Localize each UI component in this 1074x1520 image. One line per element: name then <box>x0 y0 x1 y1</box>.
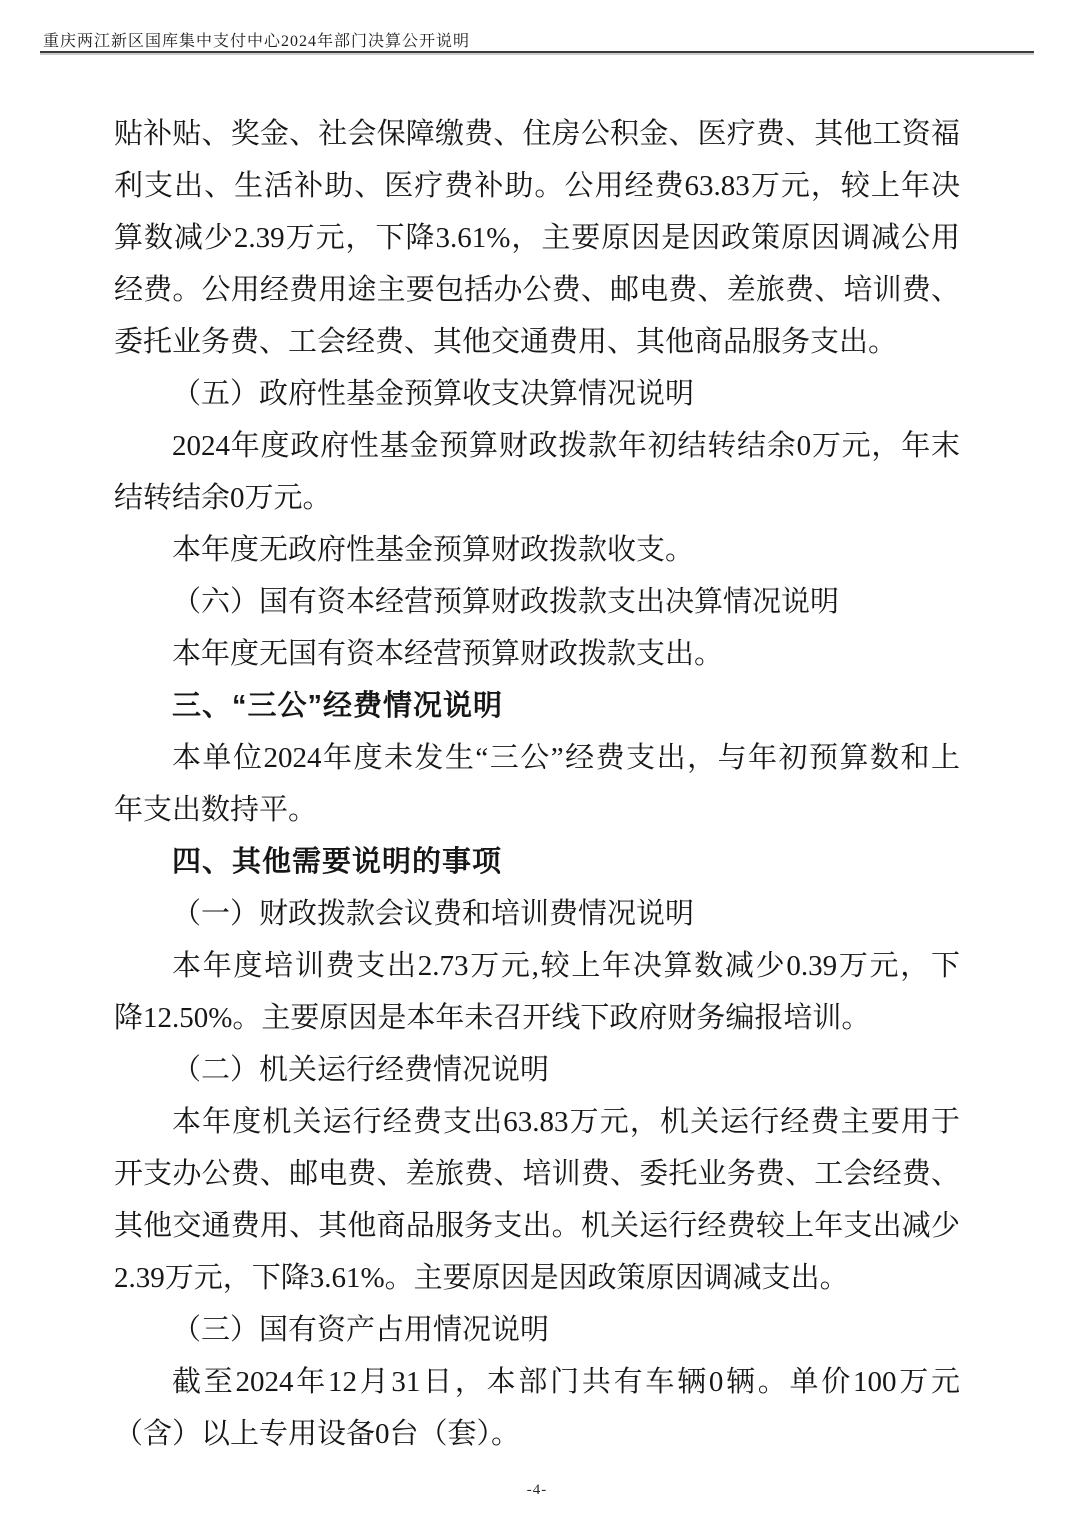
text-line: 本年度无政府性基金预算财政拨款收支。 <box>114 524 960 576</box>
text-line: 本单位2024年度未发生“三公”经费支出，与年初预算数和上 <box>114 732 960 784</box>
text-line: 经费。公用经费用途主要包括办公费、邮电费、差旅费、培训费、 <box>114 264 960 316</box>
text-line: 本年度机关运行经费支出63.83万元，机关运行经费主要用于 <box>114 1096 960 1148</box>
text-line: 利支出、生活补助、医疗费补助。公用经费63.83万元，较上年决 <box>114 160 960 212</box>
text-line: 算数减少2.39万元，下降3.61%，主要原因是因政策原因调减公用 <box>114 212 960 264</box>
section-heading: （三）国有资产占用情况说明 <box>114 1304 960 1356</box>
header-rule <box>40 51 1034 53</box>
text-line: 本年度培训费支出2.73万元,较上年决算数减少0.39万元，下 <box>114 940 960 992</box>
chapter-heading: 四、其他需要说明的事项 <box>114 836 960 888</box>
section-heading: （二）机关运行经费情况说明 <box>114 1044 960 1096</box>
text-line: 结转结余0万元。 <box>114 472 960 524</box>
page-footer: -4- <box>0 1482 1074 1499</box>
document-page: 重庆两江新区国库集中支付中心2024年部门决算公开说明 贴补贴、奖金、社会保障缴… <box>0 0 1074 1520</box>
text-line: 其他交通费用、其他商品服务支出。机关运行经费较上年支出减少 <box>114 1200 960 1252</box>
section-heading: （五）政府性基金预算收支决算情况说明 <box>114 368 960 420</box>
text-line: 降12.50%。主要原因是本年未召开线下政府财务编报培训。 <box>114 992 960 1044</box>
chapter-heading: 三、“三公”经费情况说明 <box>114 680 960 732</box>
section-heading: （一）财政拨款会议费和培训费情况说明 <box>114 888 960 940</box>
text-line: （含）以上专用设备0台（套）。 <box>114 1408 960 1460</box>
text-line: 2024年度政府性基金预算财政拨款年初结转结余0万元，年末 <box>114 420 960 472</box>
text-line: 年支出数持平。 <box>114 784 960 836</box>
page-header-title: 重庆两江新区国库集中支付中心2024年部门决算公开说明 <box>43 28 470 51</box>
section-heading: （六）国有资本经营预算财政拨款支出决算情况说明 <box>114 576 960 628</box>
text-line: 开支办公费、邮电费、差旅费、培训费、委托业务费、工会经费、 <box>114 1148 960 1200</box>
text-line: 本年度无国有资本经营预算财政拨款支出。 <box>114 628 960 680</box>
text-line: 委托业务费、工会经费、其他交通费用、其他商品服务支出。 <box>114 316 960 368</box>
text-line: 截至2024年12月31日，本部门共有车辆0辆。单价100万元 <box>114 1356 960 1408</box>
page-number: -4- <box>527 1482 548 1498</box>
text-line: 贴补贴、奖金、社会保障缴费、住房公积金、医疗费、其他工资福 <box>114 108 960 160</box>
text-line: 2.39万元，下降3.61%。主要原因是因政策原因调减支出。 <box>114 1252 960 1304</box>
document-body: 贴补贴、奖金、社会保障缴费、住房公积金、医疗费、其他工资福 利支出、生活补助、医… <box>114 108 960 1460</box>
